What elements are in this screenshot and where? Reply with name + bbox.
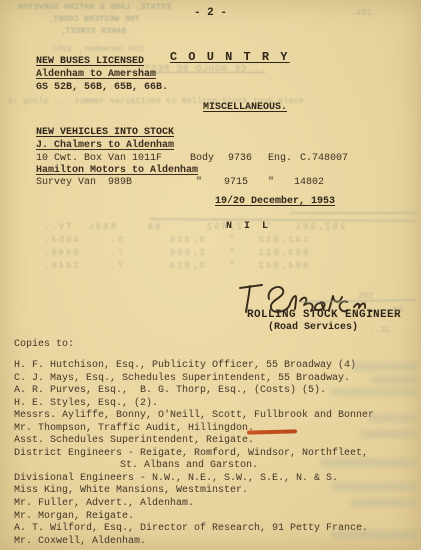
section-heading-miscellaneous: MISCELLANEOUS. — [203, 102, 287, 113]
section-heading-new-buses: NEW BUSES LICENSED — [36, 56, 144, 67]
body-label: Body — [190, 153, 214, 164]
page-title-text: C O U N T R Y — [170, 50, 290, 64]
engine-number: 14802 — [294, 177, 324, 188]
bleed-through-blob — [360, 430, 418, 438]
date-heading: 19/20 December, 1953 — [215, 196, 335, 207]
bleed-through-blob — [330, 482, 418, 491]
vehicle-name: Survey Van 989B — [36, 177, 132, 188]
bleed-through-blob — [320, 458, 418, 467]
bleed-through-line — [290, 212, 418, 214]
bleed-through-blob — [368, 414, 418, 422]
body-number: 9715 — [224, 177, 248, 188]
copies-heading: Copies to: — [14, 339, 74, 350]
bleed-through-blob — [352, 362, 418, 371]
bleed-through-blob — [330, 388, 418, 396]
bleed-through-text: 063,011 " 2,556 7. 6440. — [42, 248, 308, 258]
bleed-through-blob — [330, 530, 418, 539]
copies-recipient: Asst. Schedules Superintendent, Reigate. — [14, 435, 414, 448]
vehicle-source: Hamilton Motors to Aldenham — [36, 165, 198, 176]
section-heading-new-vehicles: NEW VEHICLES INTO STOCK — [36, 127, 174, 138]
bleed-through-text: ..31 — [370, 325, 390, 335]
bleed-through-blob — [350, 498, 418, 507]
page-number: - 2 - — [0, 7, 421, 19]
body-ditto-mark: " — [196, 177, 202, 188]
new-buses-route: Aldenham to Amersham — [36, 69, 156, 80]
bleed-through-text: 252,301 " 2,652 88 889L TV.. — [42, 222, 345, 232]
copies-recipient: Messrs. Ayliffe, Bonny, O'Neill, Scott, … — [14, 410, 414, 423]
new-buses-fleet: GS 52B, 56B, 65B, 66B. — [36, 82, 168, 93]
vehicle-name: 10 Cwt. Box Van 1011F — [36, 153, 162, 164]
copies-recipient: C. J. Mays, Esq., Schedules Superintende… — [14, 373, 414, 386]
signatory-department: (Road Services) — [268, 322, 358, 333]
engine-ditto-mark: " — [268, 177, 274, 188]
document-page: ESTATE, LAND & RATING SURVEYOR THE WESTE… — [0, 0, 421, 550]
copies-recipient: Mr. Thompson, Traffic Audit, Hillingdon. — [14, 423, 414, 436]
bleed-through-text: 142,012 " 8,318 5. 4554. — [42, 235, 308, 245]
bleed-through-text: 064,042 " 3,824 7. 2440. — [42, 261, 308, 271]
vehicle-source: J. Chalmers to Aldenham — [36, 140, 174, 151]
body-number: 9736 — [228, 153, 252, 164]
bleed-through-blob — [370, 376, 418, 384]
bleed-through-text: ...59 — [378, 305, 404, 315]
engine-number: C.748007 — [300, 153, 348, 164]
copies-recipient: Mr. Morgan, Reigate. — [14, 511, 414, 524]
copies-recipient: H. E. Styles, Esq., (2). — [14, 398, 414, 411]
engine-label: Eng. — [268, 153, 292, 164]
